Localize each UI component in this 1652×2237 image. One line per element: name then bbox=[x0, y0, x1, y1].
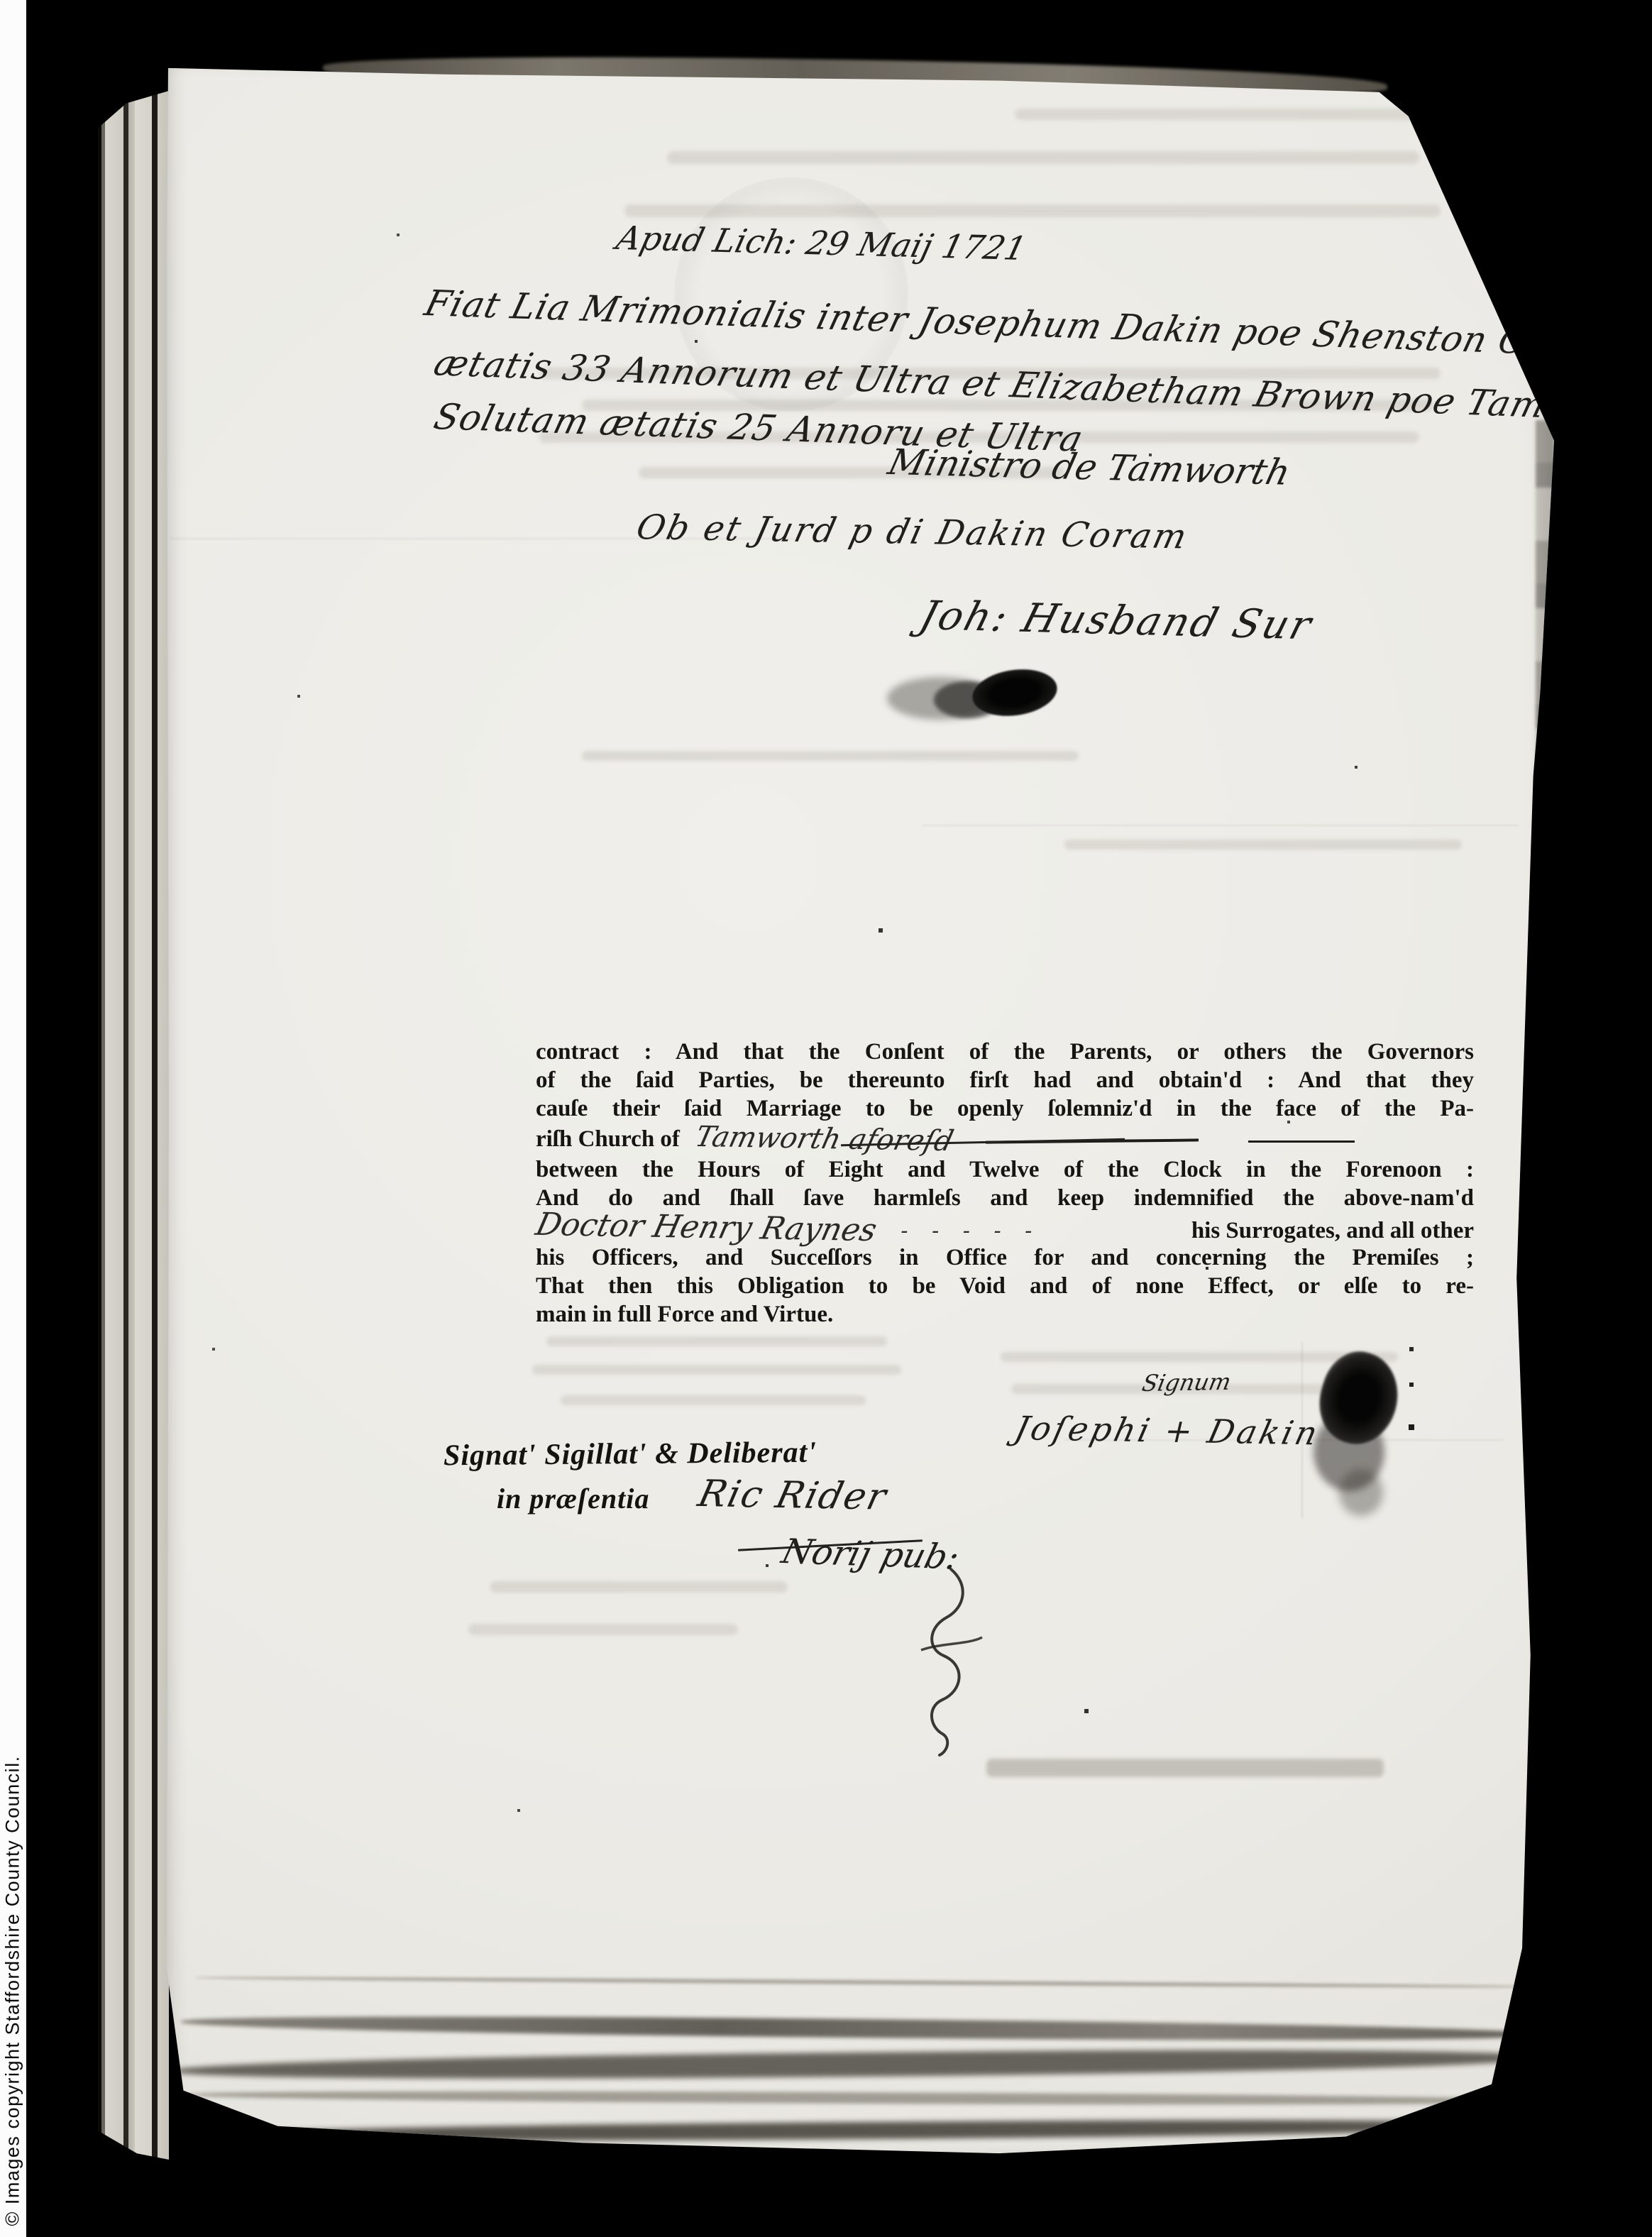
printed-line: main in full Force and Virtue. bbox=[536, 1300, 1474, 1329]
printed-line: That then this Obligation to be Void and… bbox=[536, 1272, 1474, 1300]
scan-viewport: © Images copyright Staffordshire County … bbox=[0, 0, 1652, 2237]
bleed-through-line bbox=[1015, 109, 1611, 120]
printed-line-with-insert: riſh Church of Tamworth aforeſd bbox=[536, 1123, 1474, 1155]
printed-sealing-line: Signat' Sigillat' & Deliberat' bbox=[444, 1436, 817, 1473]
bleed-through-line bbox=[561, 1395, 866, 1405]
page-stack-left-edges bbox=[98, 91, 169, 2160]
page-edge-band bbox=[181, 2012, 1529, 2045]
handwritten-date-line: Apud Lich: 29 Maij 1721 bbox=[613, 219, 1030, 268]
bleed-through-line bbox=[490, 1581, 788, 1593]
bleed-through-line bbox=[468, 1624, 738, 1635]
printed-line: of the ſaid Parties, be thereunto firſt … bbox=[536, 1066, 1474, 1094]
flourish-stroke bbox=[901, 1565, 993, 1764]
handwritten-dashes: - - - - - bbox=[901, 1216, 1040, 1247]
bleed-through-line bbox=[546, 1336, 887, 1346]
page-edge-band bbox=[195, 1975, 1529, 1989]
bleed-through-line bbox=[667, 151, 1419, 164]
document-page: Apud Lich: 29 Maij 1721 Fiat Lia Mrimoni… bbox=[167, 64, 1554, 2158]
page-edge-band bbox=[174, 2047, 1529, 2083]
notary-flourish bbox=[901, 1565, 993, 1767]
printed-line-suffix: his Surrogates, and all other bbox=[1191, 1215, 1474, 1246]
printed-line: cauſe their ſaid Marriage to be openly ſ… bbox=[536, 1094, 1474, 1123]
printed-line: contract : And that the Conſent of the P… bbox=[536, 1038, 1474, 1066]
page-edge-band bbox=[188, 2089, 1522, 2107]
bleed-through-line bbox=[986, 1759, 1384, 1777]
bleed-through-line bbox=[1064, 840, 1462, 850]
handwritten-minister-line: Ministro de Tamworth bbox=[884, 441, 1294, 493]
page-edge-band bbox=[209, 2118, 1515, 2144]
printed-bond-text: contract : And that the Conſent of the P… bbox=[536, 1038, 1474, 1329]
dust-specks bbox=[167, 64, 168, 65]
printed-line-prefix: riſh Church of bbox=[536, 1126, 680, 1153]
printed-line-with-insert: Doctor Henry Raynes - - - - - his Surrog… bbox=[536, 1212, 1474, 1243]
torn-edge-right bbox=[1536, 420, 1554, 1969]
copyright-text: © Images copyright Staffordshire County … bbox=[0, 1687, 26, 2226]
ruled-dash-line bbox=[1248, 1141, 1355, 1143]
principal-mark-signature: Joſephi + Dakin bbox=[1011, 1409, 1324, 1452]
ink-blot-small bbox=[887, 666, 1064, 726]
bleed-through-line bbox=[532, 1365, 901, 1375]
handwritten-church-insert: Tamworth aforeſd bbox=[692, 1121, 956, 1158]
signum-label: Signum bbox=[1140, 1368, 1233, 1397]
paper-crease bbox=[923, 825, 1519, 826]
printed-line: his Officers, and Succeſſors in Office f… bbox=[536, 1243, 1474, 1272]
printed-line: And do and ſhall ſave harmleſs and keep … bbox=[536, 1184, 1474, 1212]
witness-signature: Ric Rider bbox=[694, 1473, 891, 1518]
printed-presence-line: in præſentia bbox=[497, 1482, 649, 1515]
handwritten-official-insert: Doctor Henry Raynes bbox=[533, 1209, 880, 1246]
copyright-strip: © Images copyright Staffordshire County … bbox=[0, 0, 26, 2237]
surrogate-signature: Joh: Husband Sur bbox=[915, 593, 1318, 649]
handwritten-oath-line: Ob et Jurd p di Dakin Coram bbox=[633, 507, 1193, 556]
bleed-through-line bbox=[582, 751, 1079, 761]
printed-line: between the Hours of Eight and Twelve of… bbox=[536, 1155, 1474, 1184]
ink-blot-large bbox=[1311, 1352, 1403, 1522]
